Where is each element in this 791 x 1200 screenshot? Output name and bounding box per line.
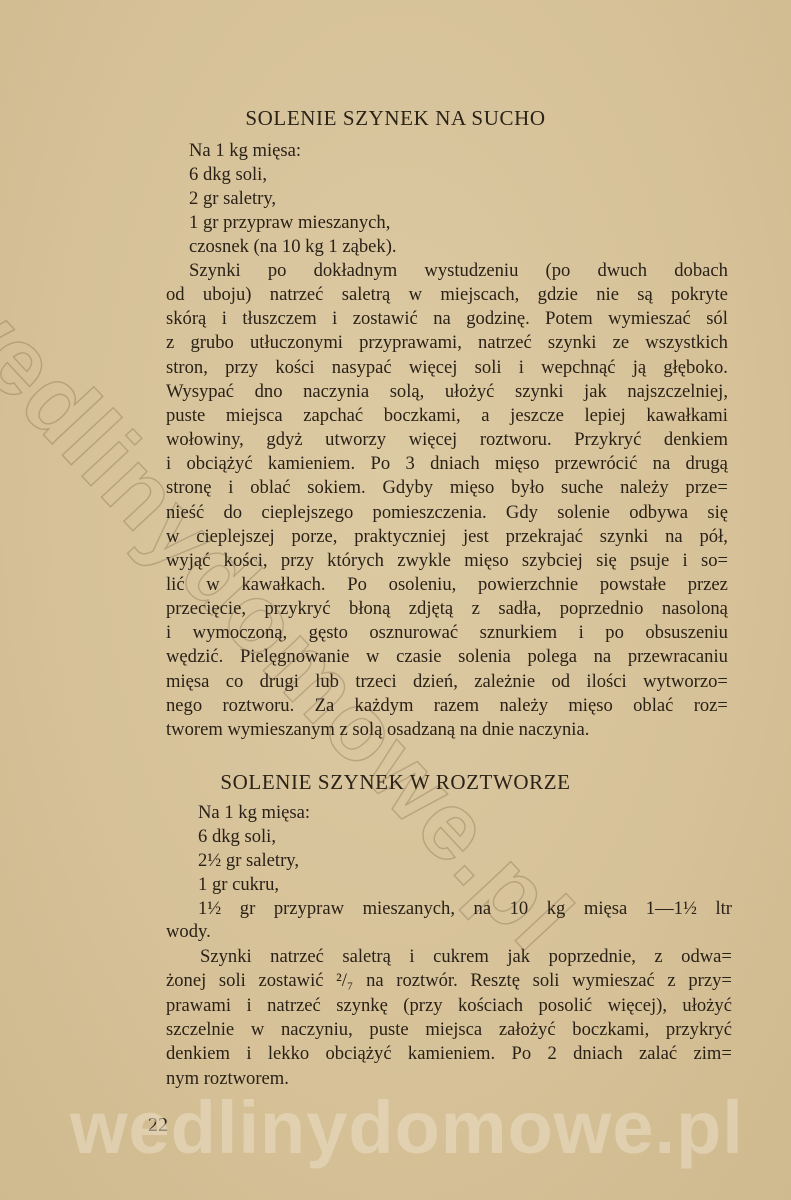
word: i — [409, 945, 414, 969]
word: od — [551, 670, 570, 694]
word: zalać — [639, 1042, 677, 1066]
word: drugą — [686, 452, 728, 476]
word: osznurować — [369, 621, 458, 645]
body-line: stronęioblaćsokiem.Gdybymięsobyłosuchena… — [166, 476, 728, 500]
word: poprzednie, — [549, 945, 636, 969]
word: praktyczniej — [354, 525, 446, 549]
word: przez — [688, 573, 728, 597]
word: prawami — [166, 994, 231, 1018]
word: miejsca — [425, 1018, 482, 1042]
word: Potem — [545, 307, 593, 331]
word: nie — [596, 283, 619, 307]
word: kamieniem. — [268, 452, 355, 476]
word: wyjąć — [166, 549, 210, 573]
word: natrzeć — [270, 283, 324, 307]
word: i — [579, 621, 584, 645]
word: 1½ — [198, 897, 221, 921]
body-line: tworem wymieszanym z solą osadzaną na dn… — [166, 718, 589, 742]
word: jest — [463, 525, 489, 549]
word: dno — [255, 380, 283, 404]
word: boczkami, — [572, 1018, 649, 1042]
word: w — [166, 525, 179, 549]
word: natrzeć — [478, 331, 532, 355]
word: i — [222, 307, 227, 331]
ingredient-line: czosnek (na 10 kg 1 ząbek). — [189, 235, 397, 259]
word: dniach — [430, 452, 480, 476]
ingredient-line: 2 gr saletry, — [189, 187, 276, 211]
word: lić — [166, 573, 185, 597]
word: nieść — [166, 501, 204, 525]
word: mięso — [568, 694, 612, 718]
word: zostawić — [353, 307, 418, 331]
word: uboju) — [203, 283, 252, 307]
word: pokryte — [671, 283, 728, 307]
word: zdjętą — [409, 597, 453, 621]
word: godzinę. — [466, 307, 530, 331]
word: Resztę — [470, 969, 520, 993]
ingredient-line-justified: 1½grprzyprawmieszanych,na10kgmięsa1—1½lt… — [198, 897, 732, 921]
word: wołowiny, — [166, 428, 244, 452]
word: i — [519, 356, 524, 380]
word: solą, — [390, 380, 425, 404]
word: przyprawami, — [359, 331, 462, 355]
word: denkiem — [166, 1042, 230, 1066]
word: ze — [613, 331, 630, 355]
word: Po — [512, 1042, 532, 1066]
word: roztworu. — [480, 428, 552, 452]
word: z — [472, 597, 480, 621]
body-line: wołowiny,gdyżutworzywięcejroztworu.Przyk… — [166, 428, 728, 452]
word: powierzchnie — [478, 573, 578, 597]
word: pół, — [699, 525, 727, 549]
word: dzień, — [413, 670, 458, 694]
body-line: iobciążyćkamieniem.Po3dniachmięsoprzewró… — [166, 452, 728, 476]
word: ułożyć — [682, 994, 732, 1018]
word: do — [224, 501, 243, 525]
body-line: denkiemilekkoobciążyćkamieniem.Po2dniach… — [166, 1042, 732, 1066]
book-page: wedlinydomowe.pl SOLENIE SZYNEK NA SUCHO… — [0, 0, 791, 1200]
word: roz= — [694, 694, 728, 718]
word: i — [246, 1042, 251, 1066]
word: przy — [281, 549, 314, 573]
word: po — [268, 259, 287, 283]
word: zwykle — [397, 549, 451, 573]
word: nasypać — [332, 356, 392, 380]
ingredient-line: 1 gr przypraw mieszanych, — [189, 211, 390, 235]
word: ułożyć — [445, 380, 495, 404]
word: natrzeć — [270, 945, 324, 969]
word: posolić — [538, 994, 592, 1018]
word: i — [166, 621, 171, 645]
word: Szynki — [200, 945, 252, 969]
word: głęboko. — [663, 356, 728, 380]
word: szczelnie — [166, 1018, 234, 1042]
word: obsuszeniu — [645, 621, 728, 645]
section-title-brine-curing: SOLENIE SZYNEK W ROZTWORZE — [0, 770, 791, 795]
word: psuje — [630, 549, 669, 573]
body-line: skórąitłuszczemizostawićnagodzinę.Potemw… — [166, 307, 728, 331]
word: naczyniu, — [281, 1018, 353, 1042]
word: każdym — [355, 694, 414, 718]
word: miejsca — [226, 404, 283, 428]
word: roztwór. — [396, 969, 457, 993]
word: cieplejszej — [196, 525, 274, 549]
word: w — [206, 573, 219, 597]
body-line: negoroztworu.Zakażdymrazemnależymięsoobl… — [166, 694, 728, 718]
word: wymieszać — [572, 969, 655, 993]
body-line: szczelniewnaczyniu,pustemiejscazałożyćbo… — [166, 1018, 732, 1042]
body-line: lićwkawałkach.Poosoleniu,powierzchniepow… — [166, 573, 728, 597]
word: mieszanych, — [363, 897, 455, 921]
word: Wysypać — [166, 380, 234, 404]
section-title-dry-curing: SOLENIE SZYNEK NA SUCHO — [0, 106, 791, 131]
word: osoleniu, — [389, 573, 457, 597]
word: przykryć — [666, 1018, 732, 1042]
word: oblać — [250, 476, 290, 500]
word: dwuch — [598, 259, 648, 283]
body-line: mięsacodrugilubtrzecidzień,zależnieodilo… — [166, 670, 728, 694]
word: gr — [240, 897, 256, 921]
word: miejscach, — [440, 283, 519, 307]
word: i — [683, 549, 688, 573]
body-line: zgruboutłuczonymiprzyprawami,natrzećszyn… — [166, 331, 728, 355]
word: sokiem. — [307, 476, 365, 500]
word: drugi — [260, 670, 299, 694]
word: wytworzo= — [643, 670, 728, 694]
word: po — [605, 621, 624, 645]
word: przykryć — [264, 597, 330, 621]
word: w — [366, 645, 379, 669]
word: razem — [434, 694, 479, 718]
word: puste — [369, 1018, 408, 1042]
word: od — [166, 283, 185, 307]
word: nego — [166, 694, 202, 718]
word: szynkę — [336, 994, 388, 1018]
word: i — [332, 307, 337, 331]
word: na — [653, 452, 671, 476]
word: sznurkiem — [480, 621, 557, 645]
body-line: wcieplejszejporze,praktyczniejjestprzekr… — [166, 525, 728, 549]
ingredient-line: wody. — [166, 920, 211, 944]
ingredient-line: 6 dkg soli, — [189, 163, 267, 187]
word: prze= — [685, 476, 727, 500]
word: so= — [701, 549, 728, 573]
word: przecięcie, — [166, 597, 246, 621]
word: na — [474, 897, 492, 921]
word: wepchnąć — [541, 356, 615, 380]
word: kamieniem. — [408, 1042, 495, 1066]
word: na — [366, 969, 384, 993]
word: 3 — [405, 452, 414, 476]
word: dokładnym — [314, 259, 398, 283]
word: przewracaniu — [628, 645, 728, 669]
word: co — [226, 670, 244, 694]
word: sól — [706, 307, 728, 331]
body-line: pustemiejscazapchaćboczkami,ajeszczelepi… — [166, 404, 728, 428]
word: gdzie — [538, 283, 578, 307]
word: których — [327, 549, 384, 573]
word: utworzy — [325, 428, 386, 452]
word: więcej — [409, 356, 458, 380]
word: mięso — [495, 452, 539, 476]
word: gęsto — [309, 621, 348, 645]
word: a — [481, 404, 489, 428]
word: stronę — [166, 476, 211, 500]
word: jeszcze — [510, 404, 564, 428]
word: ²/₇ — [336, 969, 353, 993]
word: saletrą — [342, 945, 391, 969]
word: i — [166, 452, 171, 476]
word: lepiej — [584, 404, 625, 428]
body-line: wędzić.Pielęgnowaniewczasiesoleniapolega… — [166, 645, 728, 669]
word: zależnie — [474, 670, 535, 694]
body-line: wyjąćkości,przyktórychzwyklemięsoszybcie… — [166, 549, 728, 573]
word: Gdyby — [382, 476, 433, 500]
ingredient-line: 2½ gr saletry, — [198, 849, 299, 873]
word: wymoczoną, — [193, 621, 288, 645]
word: boczkami, — [384, 404, 461, 428]
word: więcej), — [608, 994, 667, 1018]
word: należy — [620, 476, 669, 500]
word: wszystkich — [645, 331, 728, 355]
word: wymieszać — [608, 307, 691, 331]
word: obciążyć — [326, 1042, 392, 1066]
word: kg — [547, 897, 566, 921]
word: przypraw — [274, 897, 344, 921]
word: jak — [507, 945, 530, 969]
word: na — [594, 645, 612, 669]
word: jak — [584, 380, 607, 404]
word: na — [433, 307, 451, 331]
body-line: stron,przykościnasypaćwięcejsoliiwepchną… — [166, 356, 728, 380]
body-line: żonejsolizostawić²/₇naroztwór.Resztęsoli… — [166, 969, 732, 993]
word: dniach — [573, 1042, 623, 1066]
word: dobach — [674, 259, 728, 283]
word: i — [247, 994, 252, 1018]
word: w — [409, 283, 422, 307]
word: z — [166, 331, 174, 355]
word: Pielęgnowanie — [240, 645, 349, 669]
word: utłuczonymi — [250, 331, 343, 355]
word: natrzeć — [267, 994, 321, 1018]
word: więcej — [409, 428, 458, 452]
word: mięsa — [166, 670, 209, 694]
word: soli — [475, 356, 502, 380]
body-line: przecięcie,przykryćbłonązdjętązsadła,pop… — [166, 597, 728, 621]
word: z — [654, 945, 662, 969]
word: obciążyć — [187, 452, 253, 476]
word: przy= — [688, 969, 732, 993]
word: sadła, — [498, 597, 541, 621]
word: Za — [315, 694, 335, 718]
word: gdyż — [266, 428, 302, 452]
word: poprzednio — [560, 597, 644, 621]
body-line: nieśćdocieplejszegopomieszczenia.Gdysole… — [166, 501, 728, 525]
word: trzeci — [355, 670, 396, 694]
word: stron, — [166, 356, 208, 380]
word: najszczelniej, — [627, 380, 728, 404]
body-line: Wysypaćdnonaczyniasolą,ułożyćszynkijakna… — [166, 380, 728, 404]
word: odwa= — [681, 945, 732, 969]
word: zim= — [694, 1042, 732, 1066]
ingredient-line: 6 dkg soli, — [198, 825, 276, 849]
word: mięso — [450, 476, 494, 500]
ingredient-line: Na 1 kg mięsa: — [198, 801, 310, 825]
word: kawałkami — [646, 404, 728, 428]
word: kości — [275, 356, 314, 380]
word: szybciej — [522, 549, 583, 573]
word: puste — [166, 404, 205, 428]
body-line: nym roztworem. — [166, 1067, 289, 1091]
word: szynki — [515, 380, 564, 404]
word: pomieszczenia. — [373, 501, 487, 525]
ingredient-line: Na 1 kg mięsa: — [189, 139, 301, 163]
word: żonej — [166, 969, 206, 993]
word: Gdy — [506, 501, 538, 525]
word: soli — [219, 969, 246, 993]
word: solenia — [458, 645, 511, 669]
body-line: Szynkipodokładnymwystudzeniu(podwuchdoba… — [189, 259, 728, 283]
word: denkiem — [664, 428, 728, 452]
body-line: iwymoczoną,gęstoosznurowaćsznurkiemipoob… — [166, 621, 728, 645]
word: Po — [347, 573, 367, 597]
word: są — [637, 283, 653, 307]
word: należy — [499, 694, 548, 718]
word: zostawić — [258, 969, 323, 993]
word: kawałkach. — [241, 573, 325, 597]
word: (po — [546, 259, 571, 283]
word: soli — [533, 969, 560, 993]
word: i — [228, 476, 233, 500]
word: czasie — [396, 645, 441, 669]
word: porze, — [292, 525, 338, 549]
word: z — [667, 969, 675, 993]
word: zapchać — [303, 404, 363, 428]
word: (przy — [403, 994, 442, 1018]
word: grubo — [190, 331, 233, 355]
page-number: 22 — [148, 1114, 168, 1137]
word: odbywa — [629, 501, 688, 525]
word: cukrem — [433, 945, 489, 969]
word: saletrą — [342, 283, 391, 307]
word: przy — [225, 356, 258, 380]
word: lub — [315, 670, 339, 694]
word: ilości — [586, 670, 626, 694]
word: kościach — [458, 994, 523, 1018]
word: mięso — [464, 549, 508, 573]
word: solenie — [557, 501, 610, 525]
word: wystudzeniu — [424, 259, 518, 283]
word: ją — [633, 356, 646, 380]
body-line: prawamiinatrzećszynkę(przykościachposoli… — [166, 994, 732, 1018]
word: Przykryć — [574, 428, 641, 452]
body-line: oduboju)natrzećsaletrąwmiejscach,gdzieni… — [166, 283, 728, 307]
word: suche — [561, 476, 603, 500]
word: naczynia — [303, 380, 369, 404]
word: się — [596, 549, 617, 573]
word: się — [707, 501, 728, 525]
word: w — [251, 1018, 264, 1042]
body-line: Szynkinatrzećsaletrąicukremjakpoprzednie… — [200, 945, 732, 969]
word: szynki — [548, 331, 597, 355]
word: wędzić. — [166, 645, 223, 669]
word: założyć — [499, 1018, 556, 1042]
word: 2 — [547, 1042, 556, 1066]
word: na — [665, 525, 683, 549]
word: szynki — [600, 525, 649, 549]
word: 10 — [510, 897, 529, 921]
word: oblać — [633, 694, 673, 718]
word: przewrócić — [555, 452, 638, 476]
word: polega — [527, 645, 577, 669]
word: było — [511, 476, 544, 500]
word: cieplejszego — [261, 501, 353, 525]
word: 1—1½ — [646, 897, 697, 921]
word: skórą — [166, 307, 206, 331]
watermark-bottom: wedlinydomowe.pl — [70, 1085, 744, 1170]
word: Po — [371, 452, 391, 476]
ingredient-line: 1 gr cukru, — [198, 873, 279, 897]
word: lekko — [268, 1042, 309, 1066]
word: mięsa — [584, 897, 627, 921]
word: tłuszczem — [242, 307, 316, 331]
word: roztworu. — [222, 694, 294, 718]
word: przekrajać — [506, 525, 583, 549]
word: błoną — [349, 597, 390, 621]
word: kości, — [224, 549, 268, 573]
word: powstałe — [600, 573, 666, 597]
word: Szynki — [189, 259, 241, 283]
word: nasoloną — [662, 597, 728, 621]
word: ltr — [715, 897, 732, 921]
